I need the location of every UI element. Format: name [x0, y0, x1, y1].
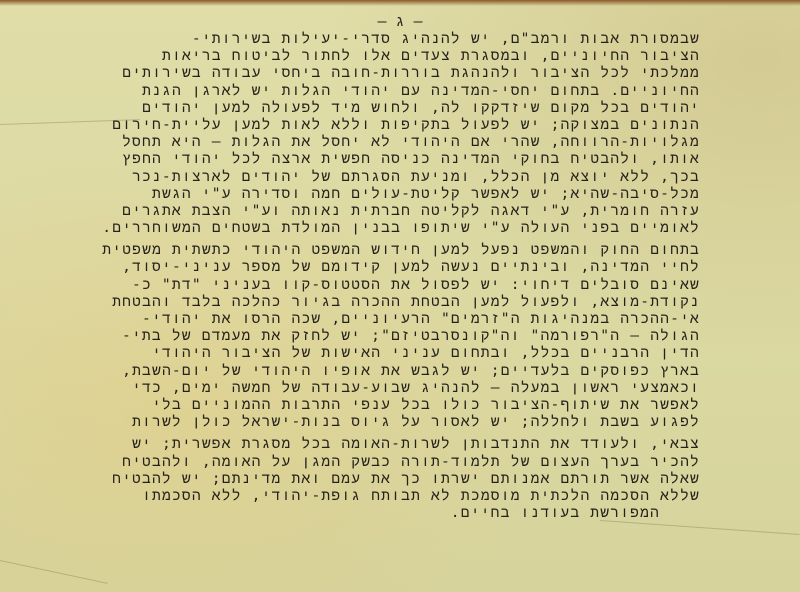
- text-line: מכל-סיבה-שהיא; יש לאפשר קליטת-עולים חמה …: [110, 185, 700, 202]
- paragraph: בתחום החוק והמשפט נפעל למען חידוש המשפט …: [110, 241, 700, 430]
- text-line: הגולה – ה"רפורמה" וה"קונסרבטיזם"; יש לחז…: [110, 327, 700, 344]
- text-line: להכיר בערך העצום של תלמוד-תורה כבשק המגן…: [110, 453, 700, 470]
- text-line: הדין הרבניים בכלל, ובתחום עניני האישות ש…: [110, 344, 700, 361]
- text-line: נקודת-מוצא, ולפעול למען הבטחת ההכרה בגיו…: [110, 293, 700, 310]
- text-line: הציבור החיוניים, ובמסגרת צעדים אלו לחתור…: [110, 47, 700, 64]
- text-line: החיוניים. בתחום יחסי-המדינה עם יהודי הגל…: [110, 82, 700, 99]
- paper-top-edge: [0, 0, 800, 6]
- text-line: המפורשת בעודנו בחיים.: [110, 504, 700, 521]
- text-line: צבאי, ולעודד את התנדבותן לשרות-האומה בכל…: [110, 435, 700, 452]
- paragraph: צבאי, ולעודד את התנדבותן לשרות-האומה בכל…: [110, 435, 700, 521]
- text-line: בתחום החוק והמשפט נפעל למען חידוש המשפט …: [110, 241, 700, 258]
- text-line: לאפשר את שיתוף-הציבור כולו בכל ענפי התרב…: [110, 396, 700, 413]
- text-line: בארץ כפוסקים בלעדיים; יש לגבש את אופיו ה…: [110, 362, 700, 379]
- text-line: מגלויות-הרווחה, שהרי אם היהודי לא יחסל א…: [110, 133, 700, 150]
- text-line: לפגוע בשבת ולחללה; יש לאסור על גיוס בנות…: [110, 413, 700, 430]
- text-line: אי-ההכרה במנהיגות ה"זרמים" הרעיוניים, שכ…: [110, 310, 700, 327]
- paragraph: שבמסורת אבות ורמב"ם, יש להנהיג סדרי-יעיל…: [110, 30, 700, 236]
- text-line: אותו, ולהבטיח בחוקי המדינה כניסה חפשית א…: [110, 150, 700, 167]
- text-line: עזרה חומרית, ע"י דאגה לקליטה חברתית נאות…: [110, 202, 700, 219]
- page-number: – ג –: [370, 12, 430, 31]
- text-line: שבמסורת אבות ורמב"ם, יש להנהיג סדרי-יעיל…: [110, 30, 700, 47]
- text-line: שאינם סובלים דיחוי: יש לפסול את הסטטוס-ק…: [110, 276, 700, 293]
- text-line: לחיי המדינה, ובינתיים נעשה למען קידומם ש…: [110, 258, 700, 275]
- paper-crease: [0, 560, 108, 584]
- text-line: וכאמצעי ראשון במעלה – להנהיג שבוע-עבודה …: [110, 379, 700, 396]
- document-body: שבמסורת אבות ורמב"ם, יש להנהיג סדרי-יעיל…: [110, 30, 700, 521]
- text-line: שאלה אשר תורתם אמנותם ישרתו כך את עמם וא…: [110, 470, 700, 487]
- text-line: לאומיים בפני העולה ע"י שיתופו בבנין המול…: [110, 219, 700, 236]
- text-line: הנתונים במצוקה; יש לפעול בתקיפות וללא לא…: [110, 116, 700, 133]
- text-line: יהודים בכל מקום שיזדקקו לה, ולחוש מיד לפ…: [110, 99, 700, 116]
- scanned-paper: – ג – שבמסורת אבות ורמב"ם, יש להנהיג סדר…: [0, 0, 800, 592]
- text-line: שללא הסכמה הלכתית מוסמכת לא תבותח גופת-י…: [110, 487, 700, 504]
- paper-crease: [600, 520, 800, 535]
- text-line: ממלכתי לכל הציבור ולהנהגת בוררות-חובה בי…: [110, 64, 700, 81]
- text-line: בכך, ללא יוצא מן הכלל, ומניעת הסגרתם של …: [110, 168, 700, 185]
